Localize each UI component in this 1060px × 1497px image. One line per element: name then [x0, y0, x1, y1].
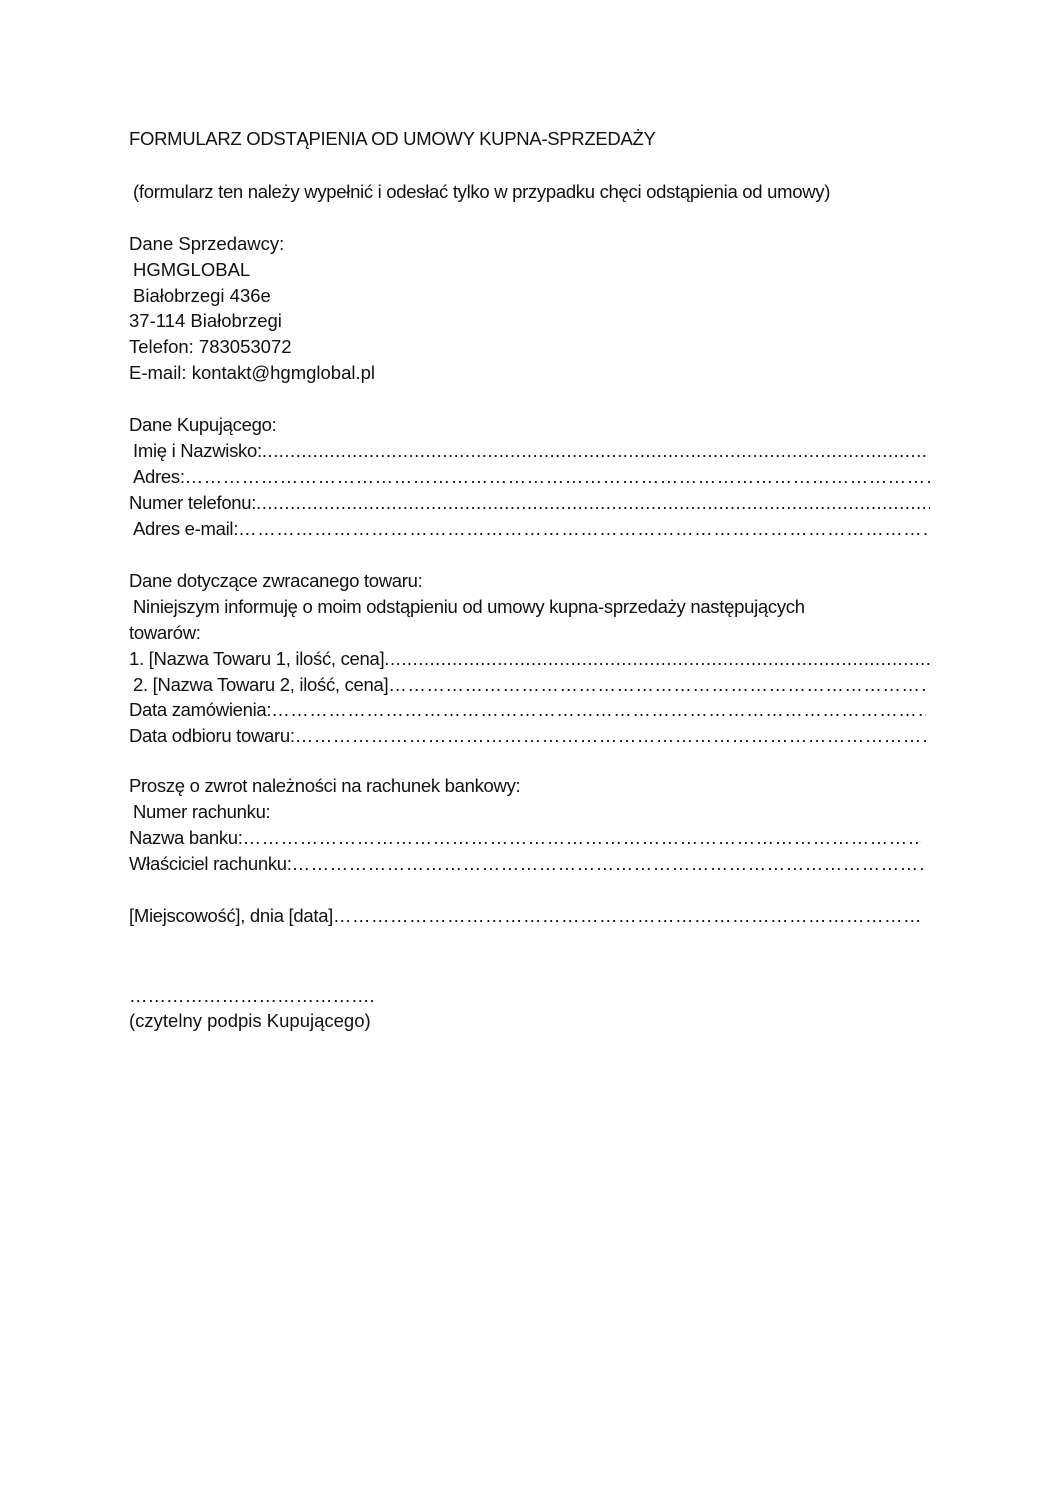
fill-dots: …………………………………………………………………………………………………………… [271, 699, 926, 721]
field-label: Data odbioru towaru: [129, 725, 295, 747]
seller-city: 37-114 Białobrzegi [129, 310, 282, 332]
seller-heading: Dane Sprzedawcy: [129, 233, 284, 255]
signature-line[interactable]: …………………………………. [129, 985, 375, 1007]
buyer-name-field[interactable]: Imię i Nazwisko: .......................… [133, 440, 926, 462]
document-title: FORMULARZ ODSTĄPIENIA OD UMOWY KUPNA-SPR… [129, 128, 656, 150]
fill-dots: ........................................… [262, 440, 926, 462]
receipt-date-field[interactable]: Data odbioru towaru: …………………………………………………… [129, 725, 928, 747]
goods-item-2-field[interactable]: 2. [Nazwa Towaru 2, ilość, cena] …………………… [133, 674, 928, 696]
buyer-heading: Dane Kupującego: [129, 414, 276, 436]
order-date-field[interactable]: Data zamówienia: ……………………………………………………………… [129, 699, 926, 721]
field-label: Właściciel rachunku: [129, 853, 292, 875]
field-label: [Miejscowość], dnia [data] [129, 905, 333, 927]
fill-dots: …………………………………………………………………………………………………………… [388, 674, 928, 696]
refund-heading: Proszę o zwrot należności na rachunek ba… [129, 775, 520, 797]
field-label: Numer telefonu: [129, 492, 256, 514]
seller-name: HGMGLOBAL [133, 259, 250, 281]
seller-street: Białobrzegi 436e [133, 285, 271, 307]
fill-dots: …………………………………………………………………………………………………………… [333, 905, 924, 927]
fill-dots: …………………………………………………………………………………………………………… [185, 466, 930, 488]
goods-heading: Dane dotyczące zwracanego towaru: [129, 570, 422, 592]
seller-phone: Telefon: 783053072 [129, 336, 292, 358]
field-label: Imię i Nazwisko: [133, 440, 262, 462]
fill-dots: ........................................… [384, 648, 930, 670]
signature-caption: (czytelny podpis Kupującego) [129, 1010, 371, 1032]
seller-email: E-mail: kontakt@hgmglobal.pl [129, 362, 375, 384]
account-number-label: Numer rachunku: [133, 801, 270, 823]
bank-name-field[interactable]: Nazwa banku: ………………………………………………………………………… [129, 827, 922, 849]
buyer-address-field[interactable]: Adres: ………………………………………………………………………………………… [133, 466, 930, 488]
goods-statement-line2: towarów: [129, 622, 201, 644]
goods-statement-line1: Niniejszym informuję o moim odstąpieniu … [133, 596, 805, 618]
buyer-phone-field[interactable]: Numer telefonu: ........................… [129, 492, 930, 514]
field-label: Adres: [133, 466, 185, 488]
field-label: Data zamówienia: [129, 699, 271, 721]
fill-dots: …………………………………………………………………………………………………………… [292, 853, 924, 875]
field-label: 2. [Nazwa Towaru 2, ilość, cena] [133, 674, 388, 696]
account-owner-field[interactable]: Właściciel rachunku: …………………………………………………… [129, 853, 924, 875]
document-page: FORMULARZ ODSTĄPIENIA OD UMOWY KUPNA-SPR… [0, 0, 1060, 1497]
field-label: Nazwa banku: [129, 827, 243, 849]
place-date-field[interactable]: [Miejscowość], dnia [data] …………………………………… [129, 905, 924, 927]
field-label: Adres e-mail: [133, 518, 238, 540]
document-subtitle: (formularz ten należy wypełnić i odesłać… [133, 181, 830, 203]
goods-item-1-field[interactable]: 1. [Nazwa Towaru 1, ilość, cena] .......… [129, 648, 930, 670]
buyer-email-field[interactable]: Adres e-mail: ……………………………………………………………………… [133, 518, 930, 540]
fill-dots: ........................................… [256, 492, 930, 514]
field-label: 1. [Nazwa Towaru 1, ilość, cena] [129, 648, 384, 670]
fill-dots: …………………………………………………………………………………………………………… [295, 725, 928, 747]
fill-dots: …………………………………………………………………………………………………………… [238, 518, 930, 540]
fill-dots: …………………………………………………………………………………………………………… [243, 827, 922, 849]
